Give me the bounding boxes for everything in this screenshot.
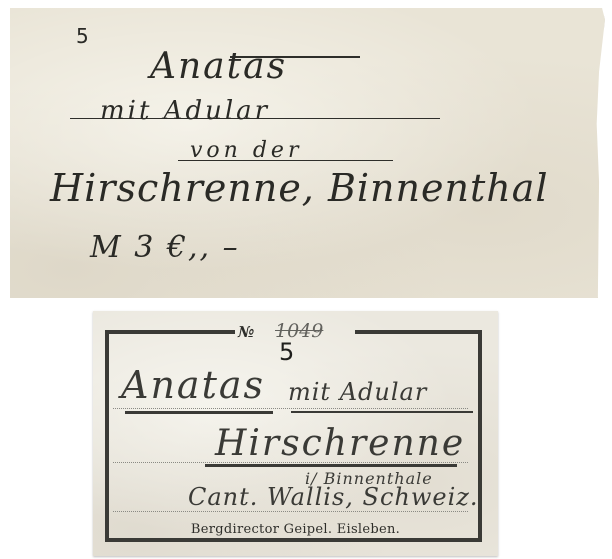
dealer-imprint: Bergdirector Geipel. Eisleben. — [93, 522, 498, 537]
from-text: von der — [190, 138, 302, 163]
dotted-rule — [113, 408, 468, 409]
association-text: mit Adular — [100, 96, 270, 126]
locality-text: Hirschrenne, Binnenthal — [50, 166, 549, 210]
underline — [205, 464, 457, 467]
label-number: 5 — [76, 24, 89, 48]
dotted-rule — [113, 511, 468, 512]
mineral-name: Anatas — [121, 363, 265, 407]
association-text: mit Adular — [288, 378, 427, 406]
underline — [125, 411, 273, 414]
frame-top-left — [105, 330, 235, 334]
region-text: Cant. Wallis, Schweiz. — [188, 483, 479, 511]
handwritten-specimen-label: 5 Anatas mit Adular von der Hirschrenne,… — [10, 8, 605, 298]
locality-text: Hirschrenne — [215, 423, 465, 464]
number-sign: № — [238, 323, 254, 341]
printed-specimen-label: № 1049 5 Anatas mit Adular Hirschrenne i… — [93, 311, 498, 556]
frame-top-right — [355, 330, 482, 334]
mineral-name: Anatas — [150, 46, 287, 87]
price-text: M 3 €,, – — [90, 230, 240, 265]
specimen-number: 5 — [279, 338, 294, 366]
underline — [291, 411, 473, 413]
